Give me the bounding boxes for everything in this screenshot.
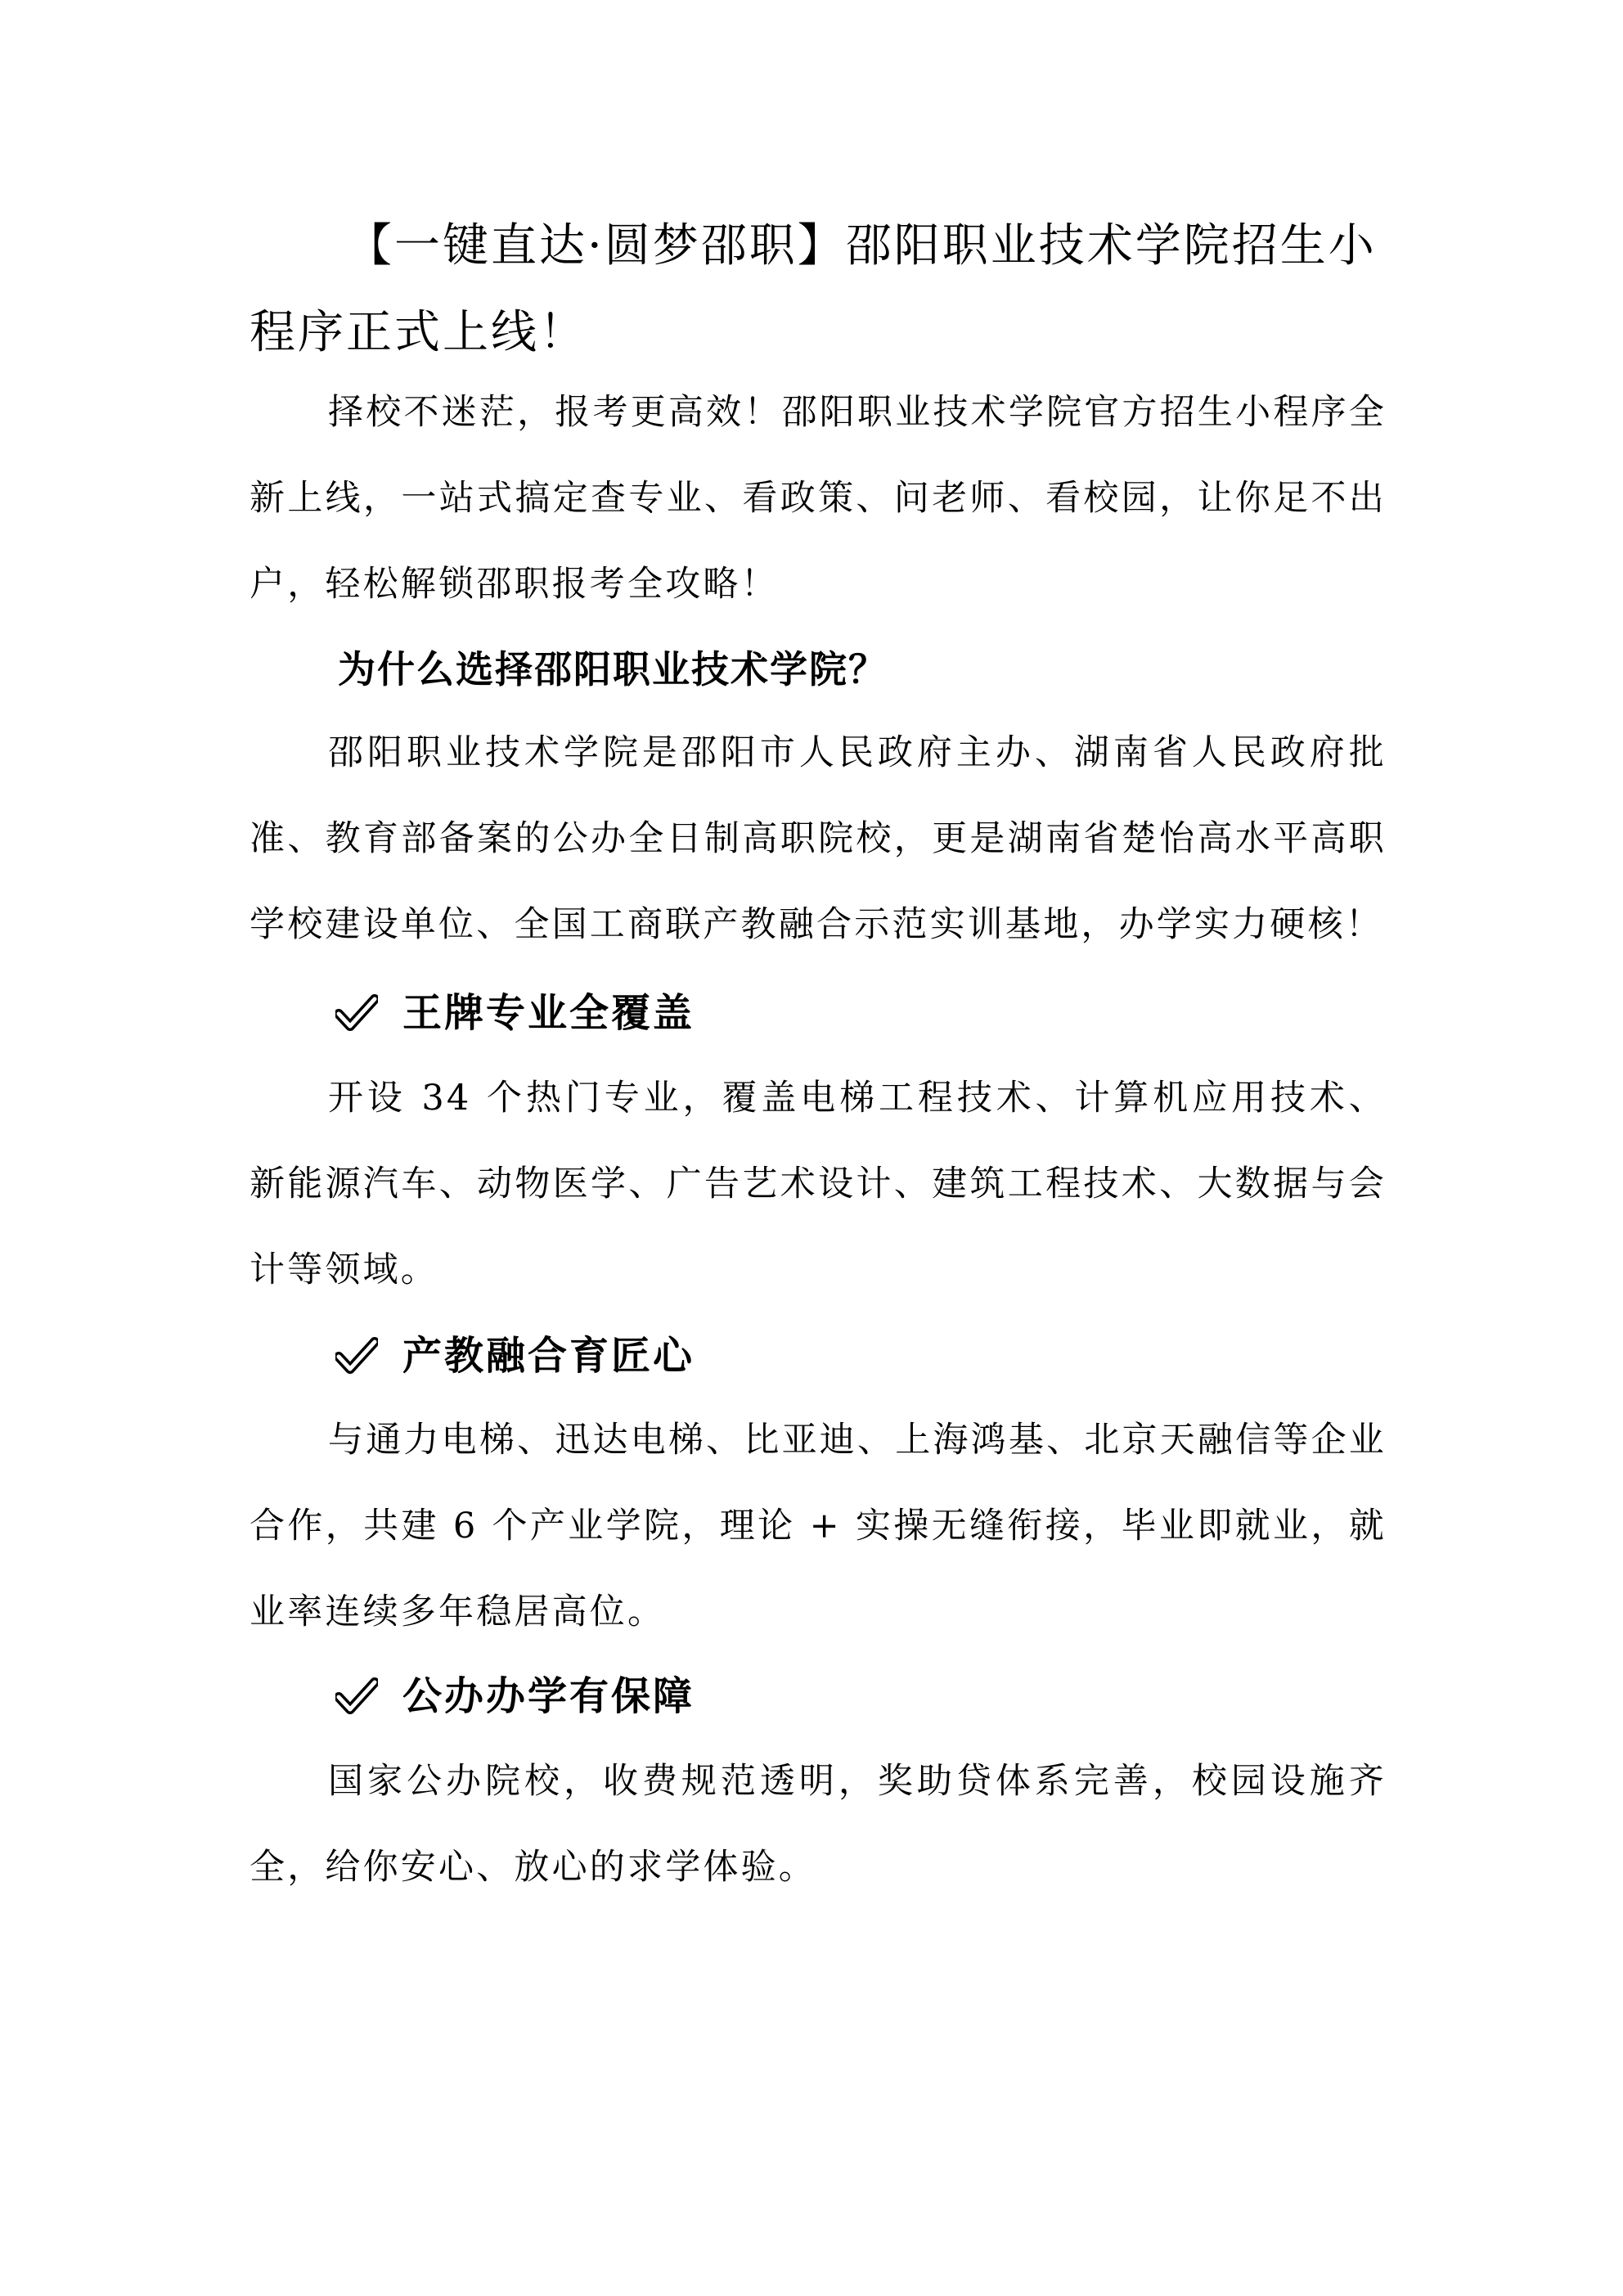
section-paragraph-majors: 开设 34 个热门专业，覆盖电梯工程技术、计算机应用技术、新能源汽车、动物医学、… xyxy=(250,1056,1387,1313)
why-paragraph: 邵阳职业技术学院是邵阳市人民政府主办、湖南省人民政府批准、教育部备案的公办全日制… xyxy=(250,710,1387,968)
section-heading-text: 王牌专业全覆盖 xyxy=(402,988,695,1038)
check-icon xyxy=(335,994,378,1032)
section-paragraph-industry: 与通力电梯、迅达电梯、比亚迪、上海鸿基、北京天融信等企业合作，共建 6 个产业学… xyxy=(250,1398,1387,1655)
document-title: 【一键直达·圆梦邵职】邵阳职业技术学院招生小程序正式上线！ xyxy=(250,203,1387,376)
check-icon xyxy=(335,1677,378,1715)
why-heading: 为什么选择邵阳职业技术学院？ xyxy=(338,645,888,694)
section-paragraph-public: 国家公办院校，收费规范透明，奖助贷体系完善，校园设施齐全，给你安心、放心的求学体… xyxy=(250,1739,1387,1911)
section-heading-text: 公办办学有保障 xyxy=(402,1672,695,1721)
intro-paragraph: 择校不迷茫，报考更高效！邵阳职业技术学院官方招生小程序全新上线，一站式搞定查专业… xyxy=(250,370,1387,628)
check-icon xyxy=(335,1337,378,1375)
section-heading-public: 公办办学有保障 xyxy=(335,1672,695,1721)
section-heading-industry: 产教融合育匠心 xyxy=(335,1331,695,1380)
section-heading-majors: 王牌专业全覆盖 xyxy=(335,988,695,1038)
section-heading-text: 产教融合育匠心 xyxy=(402,1331,695,1380)
